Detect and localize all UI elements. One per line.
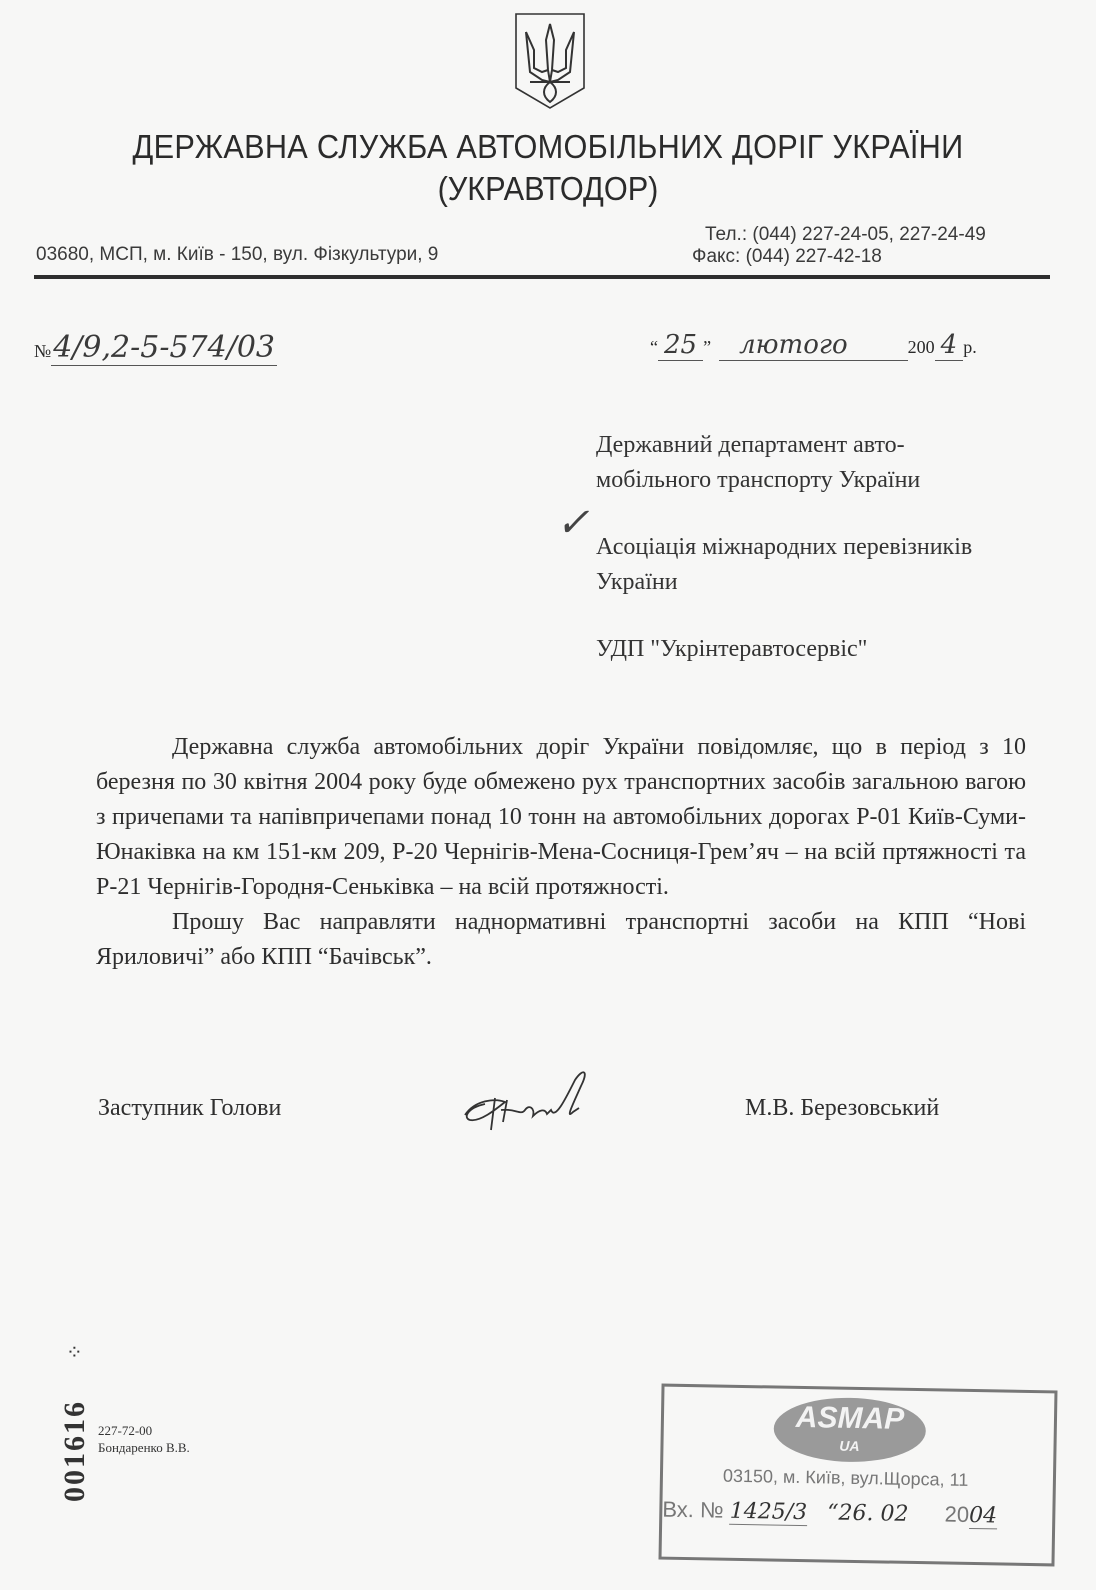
checkmark-icon: ✓ xyxy=(556,500,590,546)
letter-date: “25”лютого2004р. xyxy=(650,330,977,360)
signatory-name: М.В. Березовський xyxy=(745,1095,939,1122)
stamp-incoming-line: Вх. № 1425/3 “26. 02 2004 xyxy=(662,1497,997,1529)
form-serial-number: 001616 xyxy=(58,1400,92,1502)
organization-phone: Тел.: (044) 227-24-05, 227-24-49 xyxy=(705,224,986,246)
organization-fax: Факс: (044) 227-42-18 xyxy=(692,246,882,268)
incoming-year-suffix: 04 xyxy=(969,1503,997,1529)
recipient-2: Асоціація міжнародних перевізників Украї… xyxy=(596,530,1066,600)
date-day: 25 xyxy=(658,330,703,361)
stamp-address: 03150, м. Київ, вул.Щорса, 11 xyxy=(723,1466,969,1491)
trident-coat-of-arms-icon xyxy=(512,10,588,112)
outgoing-number: №4/9,2-5-574/03 xyxy=(34,330,277,365)
recipient-1: Державний департамент авто- мобільного т… xyxy=(596,428,1066,498)
recipients-block: Державний департамент авто- мобільного т… xyxy=(596,428,1066,699)
letter-body: Державна служба автомобільних доріг Укра… xyxy=(96,730,1026,975)
organization-name: ДЕРЖАВНА СЛУЖБА АВТОМОБІЛЬНИХ ДОРІГ УКРА… xyxy=(38,128,1057,166)
executor-phone: 227-72-00 xyxy=(98,1423,152,1439)
body-paragraph-2: Прошу Вас направляти наднормативні транс… xyxy=(96,905,1026,975)
decorative-dots-icon: ⁘ xyxy=(66,1340,83,1365)
number-label: № xyxy=(34,341,51,361)
number-value: 4/9,2-5-574/03 xyxy=(51,330,277,366)
letterhead-divider xyxy=(34,275,1050,279)
date-year-prefix: 200 xyxy=(908,337,935,357)
asmap-logo-icon: ASMAP UA xyxy=(773,1397,926,1464)
signature-icon xyxy=(455,1060,635,1140)
organization-abbreviation: (УКРАВТОДОР) xyxy=(38,170,1057,208)
organization-address: 03680, МСП, м. Київ - 150, вул. Фізкульт… xyxy=(36,244,438,266)
quote-close: ” xyxy=(703,337,711,357)
incoming-year-prefix: 20 xyxy=(944,1502,969,1527)
recipient-3: УДП "Укрінтеравтосервіс" xyxy=(596,632,1066,667)
date-year-label: р. xyxy=(963,337,977,357)
body-paragraph-1: Державна служба автомобільних доріг Укра… xyxy=(96,730,1026,905)
date-month: лютого xyxy=(719,330,908,361)
date-year-suffix: 4 xyxy=(935,330,964,361)
quote-open: “ xyxy=(650,337,658,357)
incoming-number: 1425/3 xyxy=(730,1499,808,1526)
executor-name: Бондаренко В.В. xyxy=(98,1440,190,1456)
incoming-label: Вх. № xyxy=(662,1497,724,1523)
incoming-date: “26. 02 xyxy=(827,1500,909,1526)
signatory-title: Заступник Голови xyxy=(98,1095,281,1122)
incoming-registration-stamp: ASMAP UA 03150, м. Київ, вул.Щорса, 11 В… xyxy=(658,1384,1057,1567)
